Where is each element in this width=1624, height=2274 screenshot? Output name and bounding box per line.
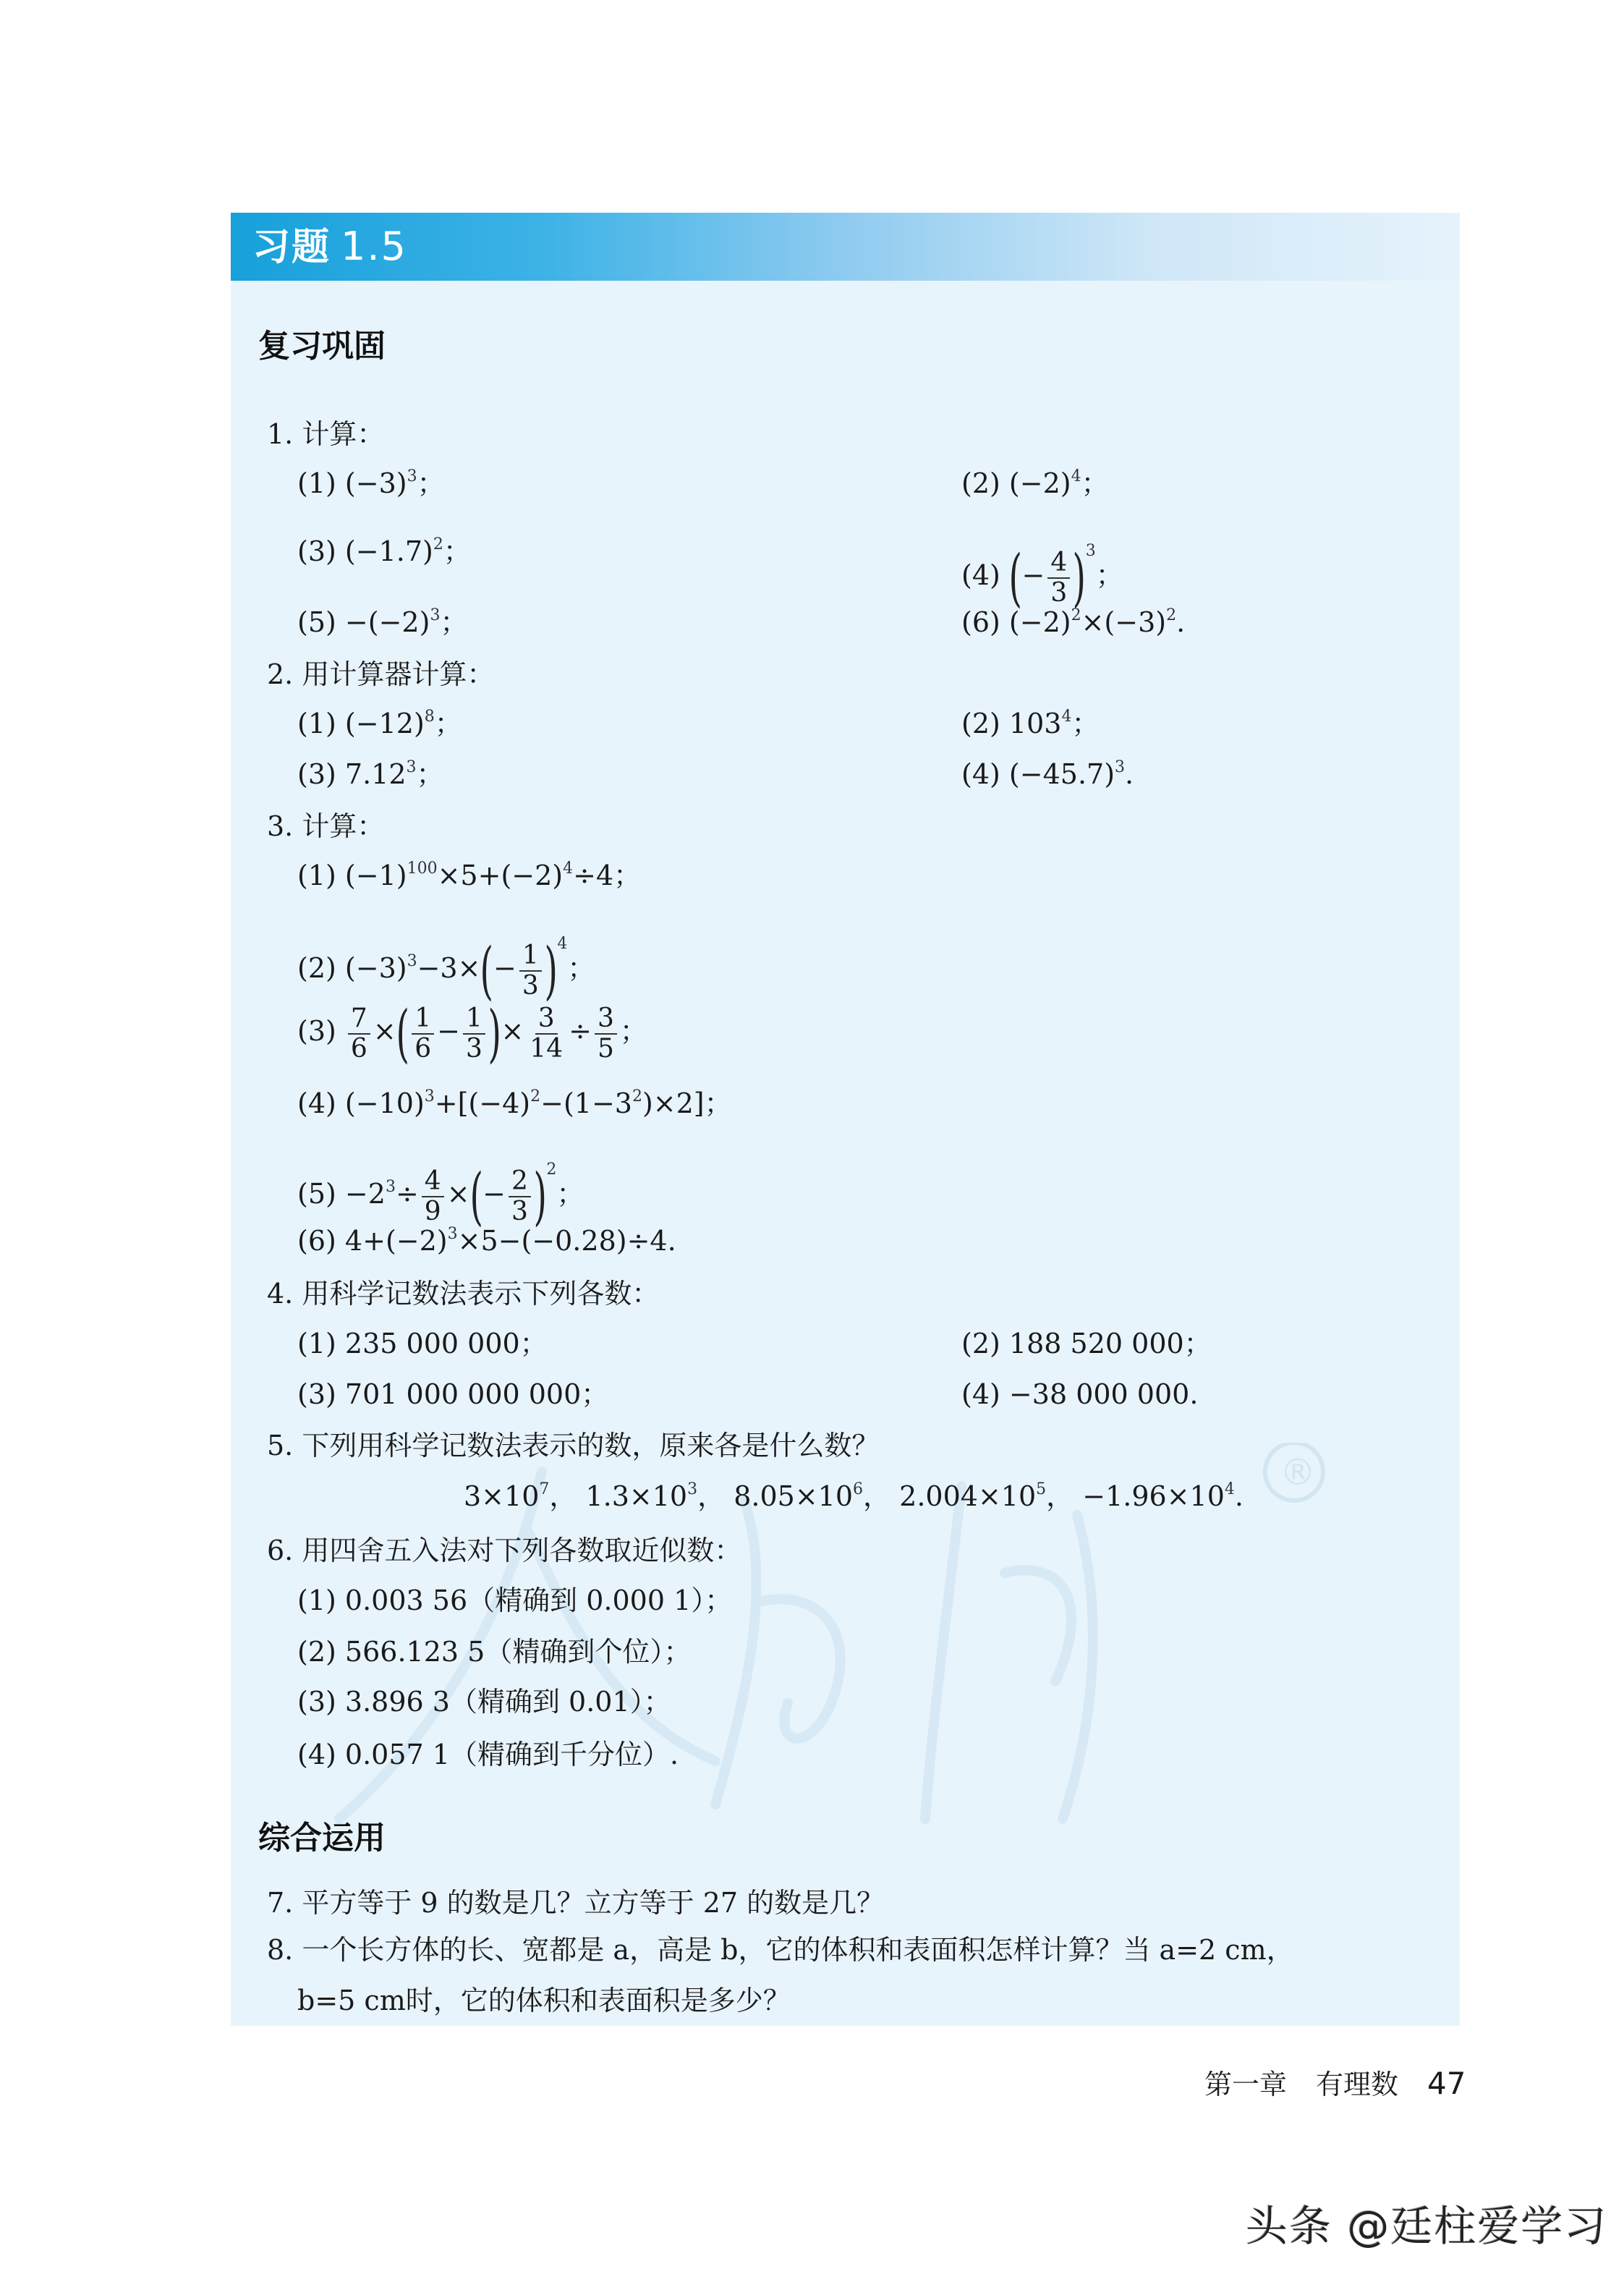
exercise-title: 习题1.5 (252, 223, 407, 271)
problem-1-stem: 1. 计算： (267, 416, 384, 452)
problem-1-item-1: (1) (−3)3； (297, 465, 445, 501)
problem-1-item-3: (3) (−1.7)2； (297, 533, 471, 569)
exercise-number: 1.5 (341, 224, 407, 269)
problem-1-item-4: (4) (−43)3； (961, 519, 1123, 584)
problem-4-item-4: (4) −38 000 000. (961, 1376, 1198, 1412)
problem-2-item-3: (3) 7.123； (297, 756, 444, 792)
problem-1-item-6: (6) (−2)2×(−3)2. (961, 604, 1185, 640)
problem-6-item-1: (1) 0.003 56（精确到 0.000 1）； (297, 1582, 732, 1618)
problem-3-item-1: (1) (−1)100×5+(−2)4÷4； (297, 857, 641, 894)
problem-6-item-2: (2) 566.123 5（精确到个位）； (297, 1634, 691, 1670)
problem-3-item-2: (2) (−3)3−3×(−13)4； (297, 912, 595, 977)
footer-topic: 有理数 (1316, 2069, 1398, 2100)
site-watermark: 头条 @廷柱爱学习 (1246, 2192, 1607, 2253)
problem-2-item-1: (1) (−12)8； (297, 705, 462, 742)
problem-4-item-1: (1) 235 000 000； (297, 1325, 548, 1362)
problem-3-item-6: (6) 4+(−2)3×5−(−0.28)÷4. (297, 1223, 676, 1259)
problem-1-item-2: (2) (−2)4； (961, 465, 1109, 501)
problem-2-item-2: (2) 1034； (961, 705, 1099, 742)
problem-8-line-2: b=5 cm时，它的体积和表面积是多少？ (297, 1982, 791, 2019)
page-footer: 第一章有理数47 (1204, 2063, 1466, 2105)
problem-3-stem: 3. 计算： (267, 808, 384, 844)
problem-3-item-5: (5) −23÷49×(−23)2； (297, 1137, 584, 1202)
problem-5-stem: 5. 下列用科学记数法表示的数，原来各是什么数？ (267, 1427, 879, 1464)
problem-4-item-3: (3) 701 000 000 000； (297, 1376, 608, 1412)
page-number: 47 (1427, 2066, 1466, 2101)
svg-text:®: ® (1280, 1451, 1316, 1493)
problem-2-item-4: (4) (−45.7)3. (961, 756, 1134, 792)
problem-4-stem: 4. 用科学记数法表示下列各数： (267, 1276, 659, 1312)
footer-chapter: 第一章 (1204, 2069, 1287, 2100)
section-title-application: 综合运用 (258, 1812, 386, 1858)
problem-4-item-2: (2) 188 520 000； (961, 1325, 1212, 1362)
problem-1-item-5: (5) −(−2)3； (297, 604, 467, 640)
exercise-panel: 习题1.5 ® 复习巩固 1. 计算： (1) (−3)3； (2) (−2)4… (231, 213, 1460, 2026)
problem-8-line-1: 8. 一个长方体的长、宽都是 a，高是 b，它的体积和表面积怎样计算？当 a=2… (267, 1932, 1294, 1968)
problem-7: 7. 平方等于 9 的数是几？立方等于 27 的数是几？ (267, 1885, 884, 1921)
problem-2-stem: 2. 用计算器计算： (267, 656, 494, 692)
problem-6-item-4: (4) 0.057 1（精确到千分位）. (297, 1736, 679, 1773)
section-title-review: 复习巩固 (258, 320, 386, 366)
problem-3-item-3: (3) 76×(16−13)×314÷35； (297, 998, 647, 1064)
exercise-title-label: 习题 (252, 226, 331, 269)
problem-6-item-3: (3) 3.896 3（精确到 0.01）； (297, 1684, 671, 1720)
problem-6-stem: 6. 用四舍五入法对下列各数取近似数： (267, 1532, 741, 1569)
problem-3-item-4: (4) (−10)3+[(−4)2−(1−32)×2]； (297, 1085, 732, 1121)
problem-5-numbers: 3×107， 1.3×103， 8.05×106， 2.004×105， −1.… (464, 1478, 1243, 1514)
exercise-header-bar: 习题1.5 (231, 213, 1460, 281)
